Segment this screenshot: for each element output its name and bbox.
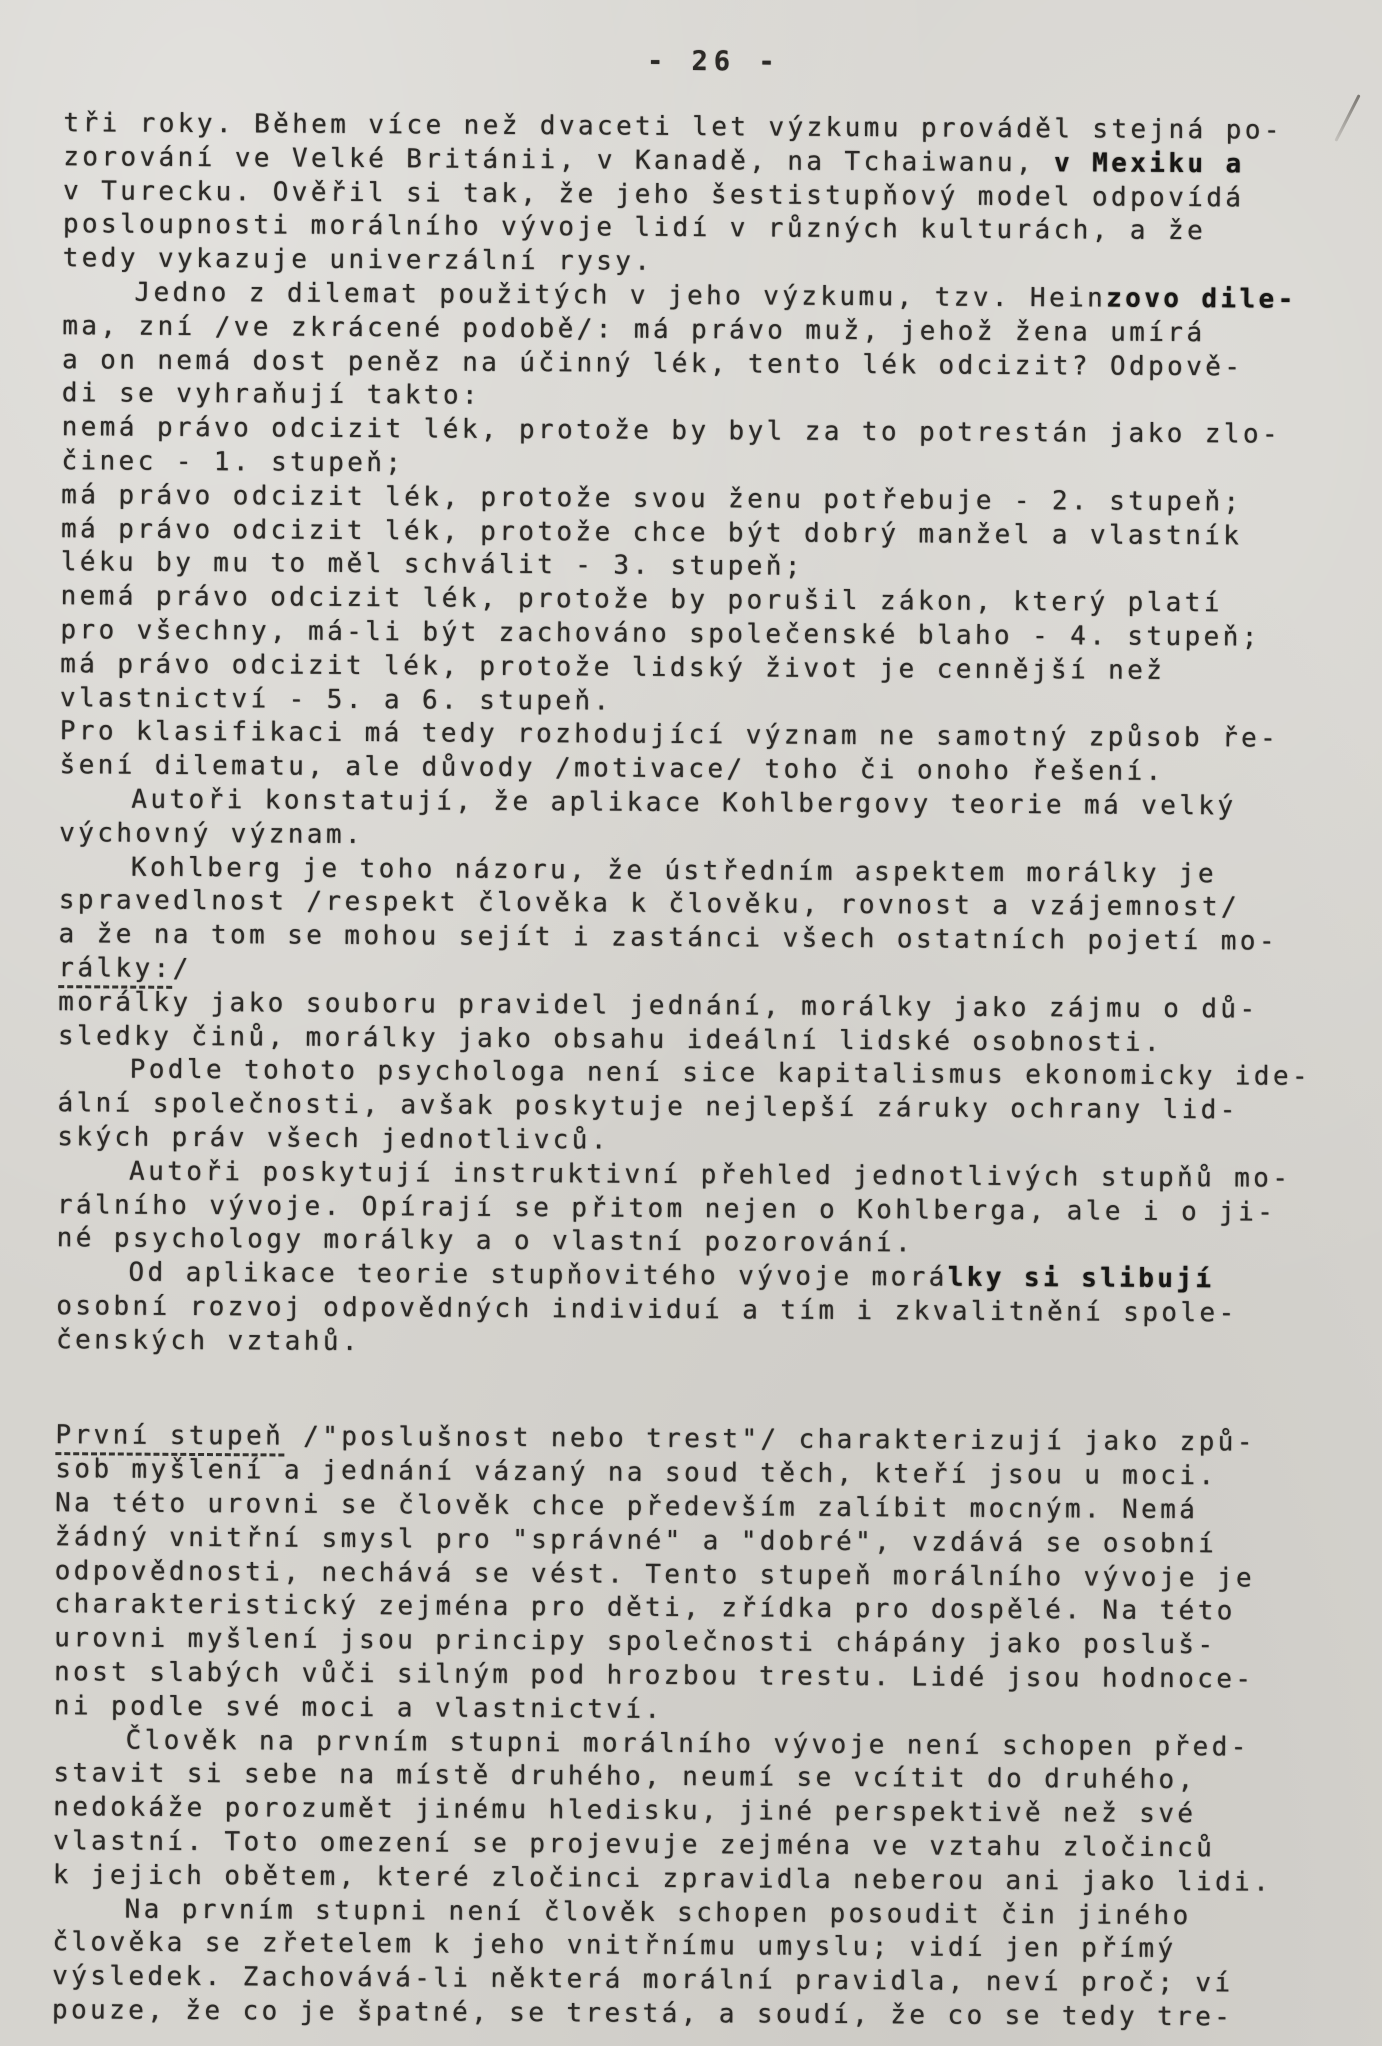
underlined-heading: rálky:: [58, 953, 173, 989]
underlined-heading: První stupeň: [55, 1421, 284, 1457]
page-number: - 26 -: [6, 42, 1382, 81]
text-line: pouze, že co je špatné, se trestá, a sou…: [52, 1994, 1356, 2036]
typewritten-page: - 26 - tři roky. Během více než dvaceti …: [0, 0, 1382, 2046]
text-body: tři roky. Během více než dvaceti let výz…: [0, 107, 1382, 2036]
